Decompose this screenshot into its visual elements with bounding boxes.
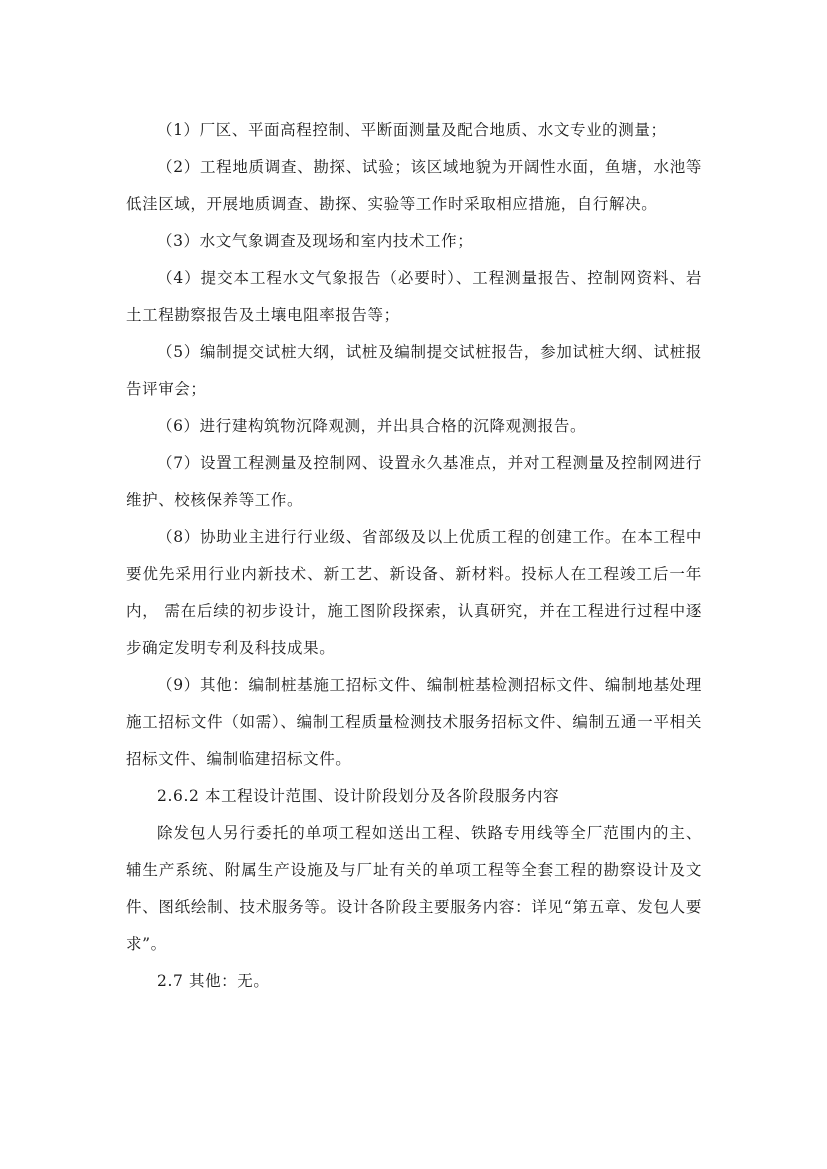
paragraph-item-4: （4）提交本工程水文气象报告（必要时）、工程测量报告、控制网资料、岩土工程勘察报… bbox=[126, 260, 702, 334]
document-page: （1）厂区、平面高程控制、平断面测量及配合地质、水文专业的测量； （2）工程地质… bbox=[126, 112, 702, 1000]
section-heading-2-7: 2.7 其他：无。 bbox=[126, 963, 702, 1000]
section-body-2-6-2: 除发包人另行委托的单项工程如送出工程、铁路专用线等全厂范围内的主、辅生产系统、附… bbox=[126, 815, 702, 963]
paragraph-item-8: （8）协助业主进行行业级、省部级及以上优质工程的创建工作。在本工程中要优先采用行… bbox=[126, 519, 702, 667]
section-heading-2-6-2: 2.6.2 本工程设计范围、设计阶段划分及各阶段服务内容 bbox=[126, 778, 702, 815]
paragraph-item-2: （2）工程地质调查、勘探、试验；该区域地貌为开阔性水面，鱼塘，水池等低洼区域，开… bbox=[126, 149, 702, 223]
paragraph-item-9: （9）其他：编制桩基施工招标文件、编制桩基检测招标文件、编制地基处理施工招标文件… bbox=[126, 667, 702, 778]
paragraph-item-1: （1）厂区、平面高程控制、平断面测量及配合地质、水文专业的测量； bbox=[126, 112, 702, 149]
paragraph-item-3: （3）水文气象调查及现场和室内技术工作； bbox=[126, 223, 702, 260]
paragraph-item-6: （6）进行建构筑物沉降观测，并出具合格的沉降观测报告。 bbox=[126, 408, 702, 445]
paragraph-item-5: （5）编制提交试桩大纲，试桩及编制提交试桩报告，参加试桩大纲、试桩报告评审会； bbox=[126, 334, 702, 408]
paragraph-item-7: （7）设置工程测量及控制网、设置永久基准点，并对工程测量及控制网进行维护、校核保… bbox=[126, 445, 702, 519]
